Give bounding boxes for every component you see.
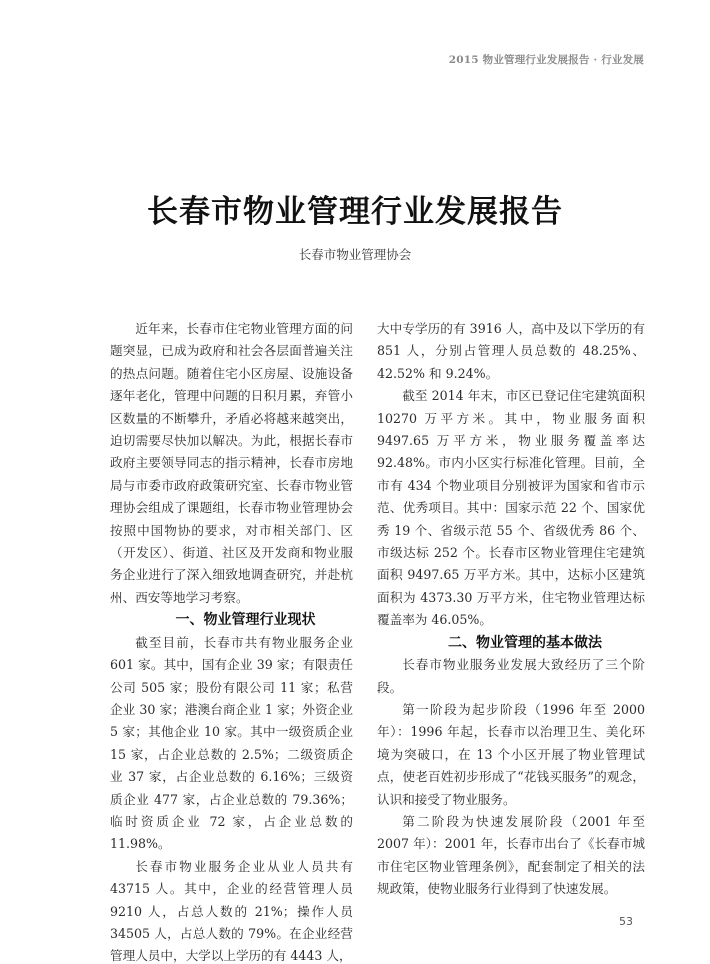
intro-paragraph: 近年来，长春市住宅物业管理方面的问题突显，已成为政府和社会各层面普遍关注的热点问… [110, 318, 353, 609]
paragraph-stage-2: 第二阶段为快速发展阶段（2001 年至 2007 年）：2001 年，长春市出台… [377, 811, 645, 901]
paragraph-area: 截至 2014 年末，市区已登记住宅建筑面积 10270 万平方米。其中，物业服… [377, 385, 645, 631]
page-number: 53 [619, 915, 633, 928]
right-column: 大中专学历的有 3916 人，高中及以下学历的有 851 人，分别占管理人员总数… [377, 318, 645, 901]
paragraph-employees: 长春市物业服务企业从业人员共有 43715 人。其中，企业的经营管理人员 921… [110, 856, 353, 964]
paragraph-stages: 长春市物业服务业发展大致经历了三个阶段。 [377, 654, 645, 699]
section-heading-1: 一、物业管理行业现状 [110, 609, 353, 631]
left-column: 近年来，长春市住宅物业管理方面的问题突显，已成为政府和社会各层面普遍关注的热点问… [110, 318, 353, 964]
paragraph-enterprises: 截至目前，长春市共有物业服务企业 601 家。其中，国有企业 39 家；有限责任… [110, 632, 353, 856]
paragraph-continuation: 大中专学历的有 3916 人，高中及以下学历的有 851 人，分别占管理人员总数… [377, 318, 645, 385]
running-header: 2015 物业管理行业发展报告 · 行业发展 [449, 52, 644, 67]
article-author: 长春市物业管理协会 [0, 245, 710, 263]
article-title: 长春市物业管理行业发展报告 [0, 186, 710, 231]
paragraph-stage-1: 第一阶段为起步阶段（1996 年至 2000 年）：1996 年起，长春市以治理… [377, 699, 645, 811]
section-heading-2: 二、物业管理的基本做法 [377, 632, 645, 654]
